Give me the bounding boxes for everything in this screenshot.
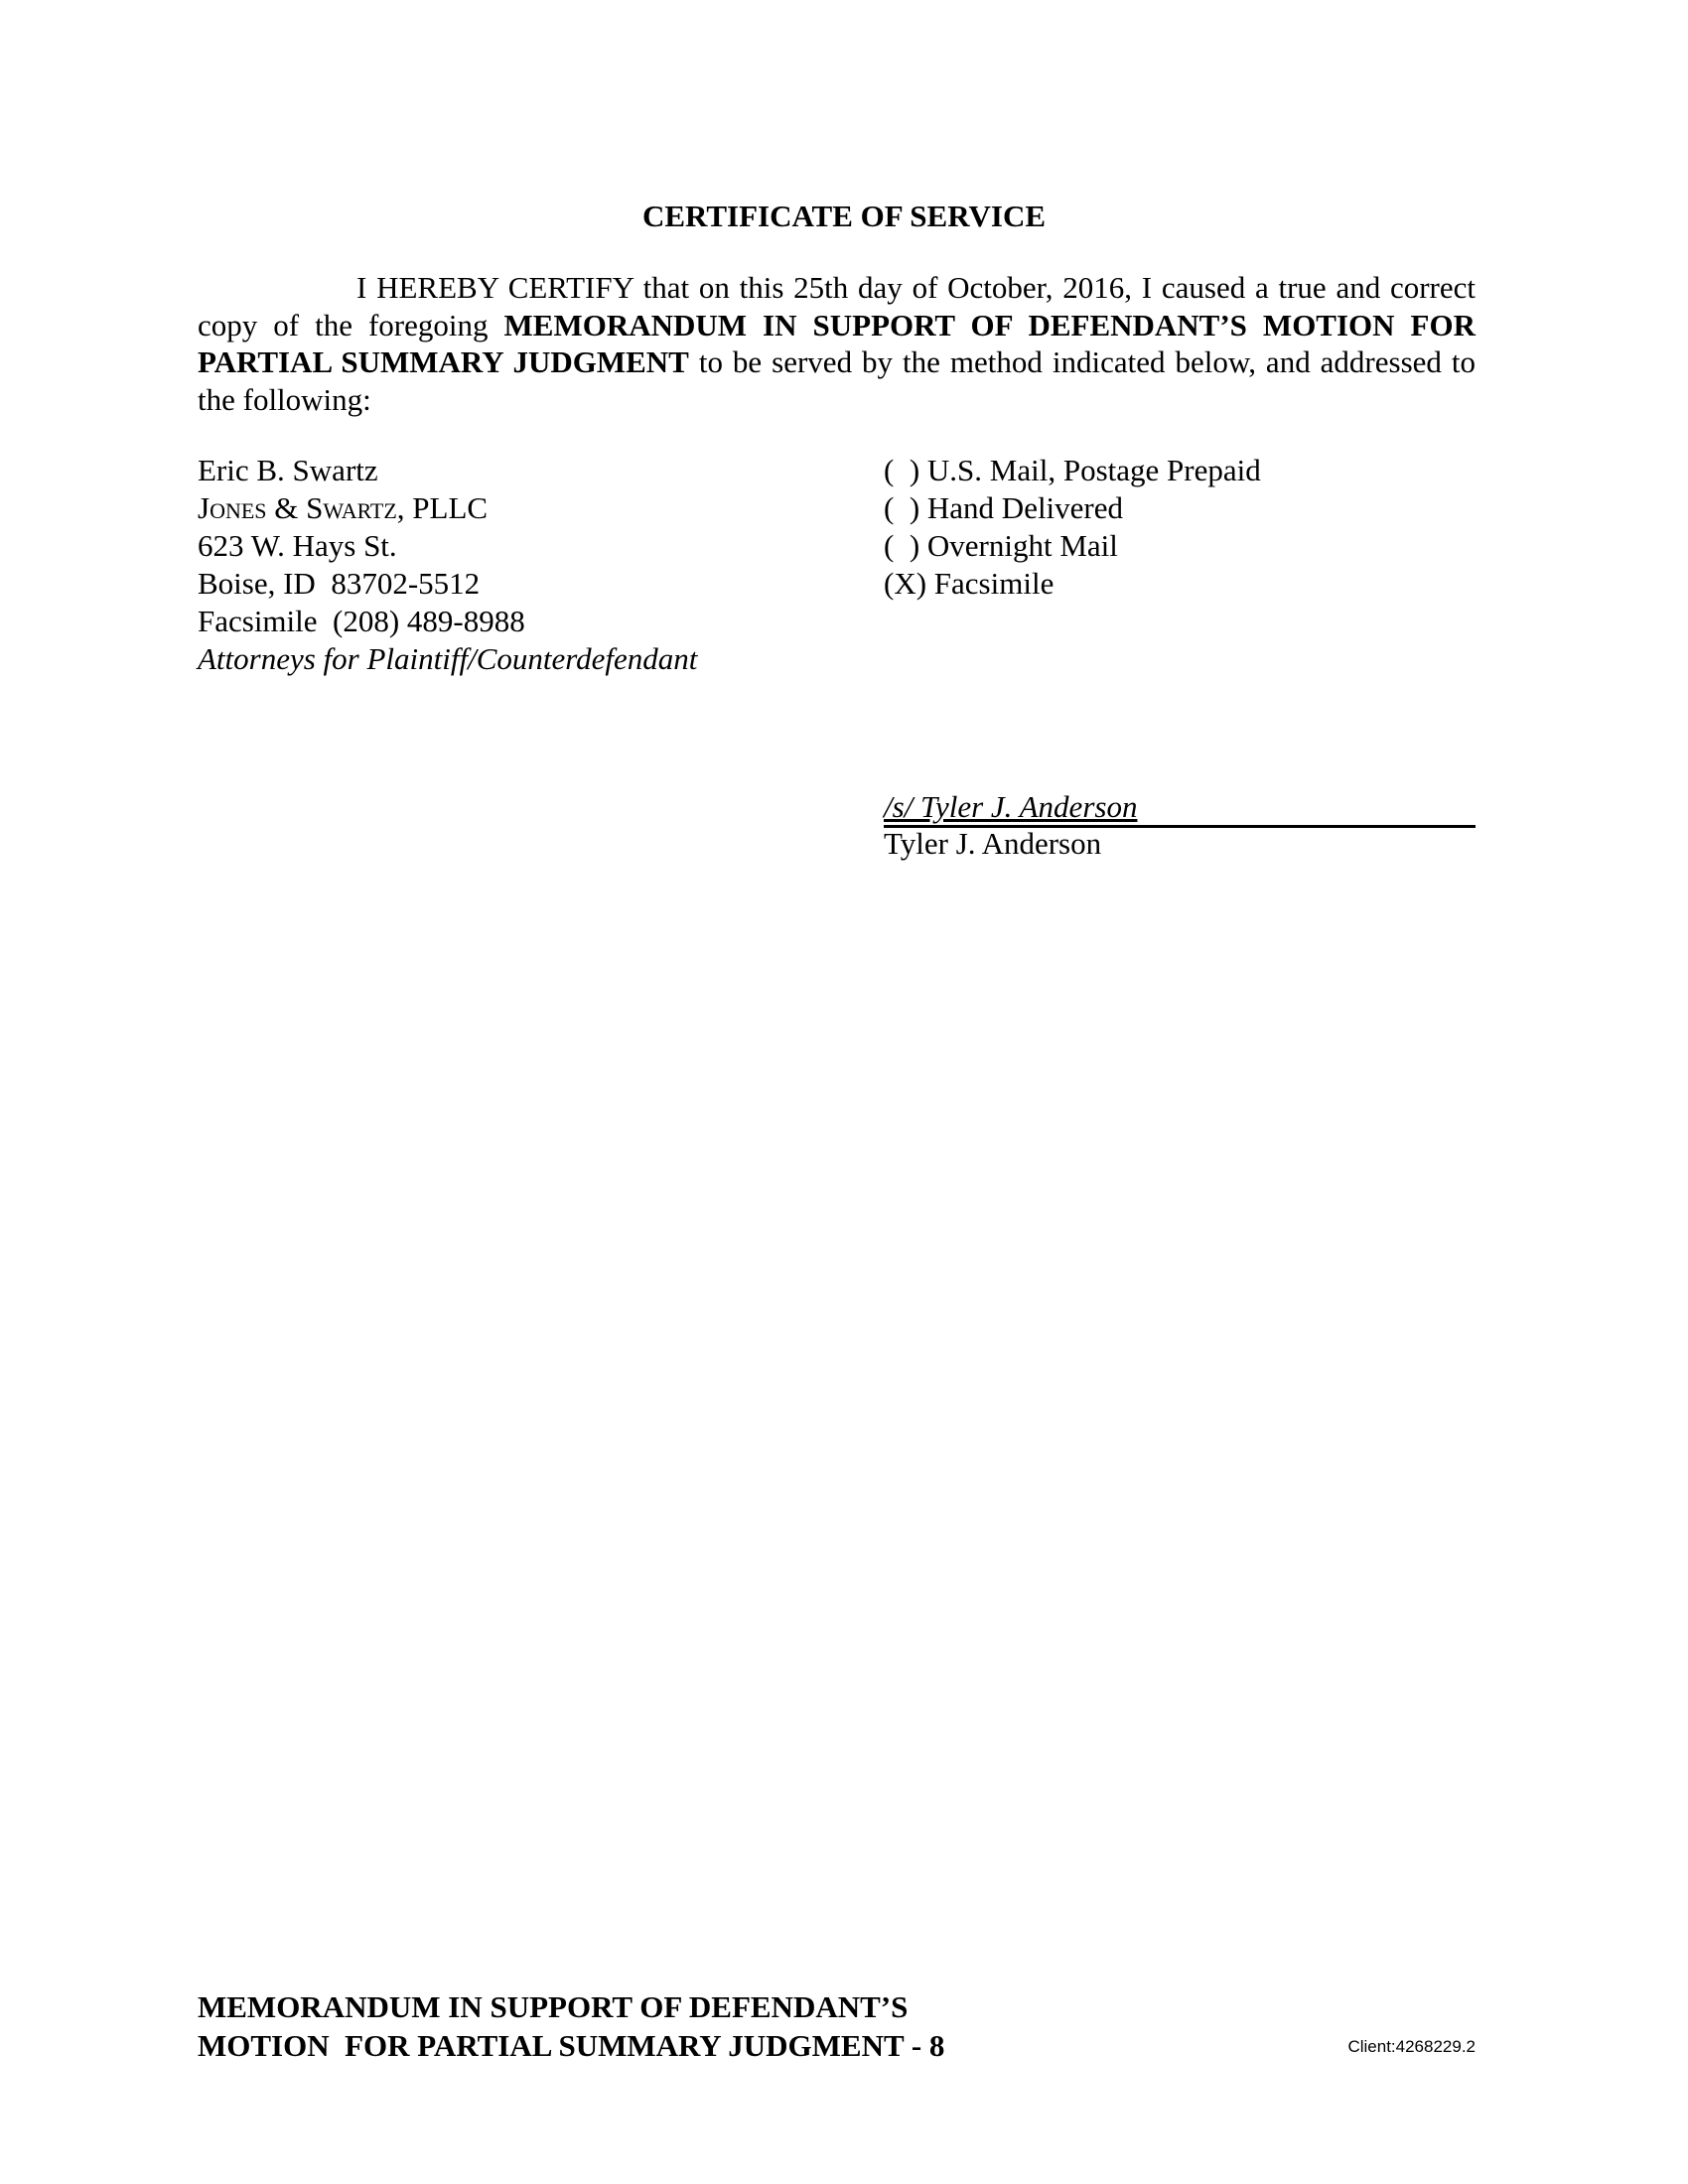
service-method-label: Facsimile: [934, 566, 1055, 601]
document-title: CERTIFICATE OF SERVICE: [0, 199, 1688, 234]
recipient-street: 623 W. Hays St.: [198, 527, 697, 565]
electronic-signature: /s/ Tyler J. Anderson: [884, 789, 1137, 824]
recipient-name: Eric B. Swartz: [198, 452, 697, 489]
service-method-facsimile: (X) Facsimile: [884, 565, 1261, 603]
service-method-checkbox: ( ): [884, 490, 919, 525]
recipient-firm: Jones & Swartz, PLLC: [198, 489, 697, 527]
service-method-checkbox: ( ): [884, 528, 919, 563]
certification-paragraph: I HEREBY CERTIFY that on this 25th day o…: [198, 269, 1476, 418]
recipient-fax: Facsimile (208) 489-8988: [198, 603, 697, 640]
recipient-address-block: Eric B. Swartz Jones & Swartz, PLLC 623 …: [198, 452, 697, 678]
service-method-us-mail: ( ) U.S. Mail, Postage Prepaid: [884, 452, 1261, 489]
footer-line-1: MEMORANDUM IN SUPPORT OF DEFENDANT’S: [198, 1987, 944, 2026]
signer-printed-name: Tyler J. Anderson: [884, 826, 1101, 862]
client-document-id: Client:4268229.2: [1331, 2037, 1476, 2057]
service-method-list: ( ) U.S. Mail, Postage Prepaid ( ) Hand …: [884, 452, 1261, 603]
service-method-label: Overnight Mail: [927, 528, 1118, 563]
page-footer-title: MEMORANDUM IN SUPPORT OF DEFENDANT’S MOT…: [198, 1987, 944, 2065]
footer-line-2: MOTION FOR PARTIAL SUMMARY JUDGMENT - 8: [198, 2026, 944, 2065]
recipient-city-state-zip: Boise, ID 83702-5512: [198, 565, 697, 603]
service-method-checkbox: ( ): [884, 453, 919, 487]
service-method-label: Hand Delivered: [927, 490, 1123, 525]
service-method-hand-delivered: ( ) Hand Delivered: [884, 489, 1261, 527]
recipient-role: Attorneys for Plaintiff/Counterdefendant: [198, 640, 697, 678]
service-method-checkbox: (X): [884, 566, 926, 601]
service-method-overnight-mail: ( ) Overnight Mail: [884, 527, 1261, 565]
service-method-label: U.S. Mail, Postage Prepaid: [927, 453, 1261, 487]
signature-line: /s/ Tyler J. Anderson: [884, 789, 1476, 828]
